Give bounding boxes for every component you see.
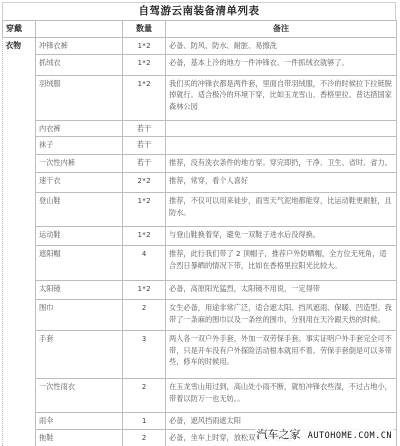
item-quantity: 2 [123,300,166,331]
item-note: 推荐，不仅可以用来徒步，雨雪天气泥地都能穿，比运动鞋更耐脏，且防水。 [166,193,397,227]
item-note: 我们买的冲锋衣都是两件套，里面自带羽绒服，不冷的时候拉下拉链脱掉就行。适合极冷的… [166,75,397,120]
table-row: 内衣裤 若干 [3,120,397,137]
item-note: 女生必备，用途非常广泛，适合遮太阳、挡风遮雨、保暖、凹造型。我带了一条麻的围巾以… [166,300,397,331]
item-note [166,120,397,137]
item-note: 必备，高原阳光猛烈，太阳镜不用说，一定得带 [166,281,397,300]
table-row: 一次性雨衣 2 在玉龙雪山用过到，高山处小雨不断，就怕冲锋衣些湿，不过占地小，带… [3,379,397,413]
item-note: 与登山鞋换着穿，避免一双鞋子进水后没得换。 [166,227,397,246]
table-row: 抓绒衣 1*2 必备，基本上冷的地方一件冲锋衣、一件抓绒衣就够了。 [3,54,397,75]
item-quantity: 1*2 [123,54,166,75]
table-row: 围巾 2 女生必备，用途非常广泛，适合遮太阳、挡风遮雨、保暖、凹造型。我带了一条… [3,300,397,331]
table-row: 运动鞋 1*2 与登山鞋换着穿，避免一双鞋子进水后没得换。 [3,227,397,246]
item-name: 袜子 [36,137,123,155]
item-name: 内衣裤 [36,120,123,137]
item-name: 遮阳帽 [36,246,123,281]
header-note: 备注 [166,21,397,38]
item-name: 抓绒衣 [36,54,123,75]
item-name: 速干衣 [36,173,123,193]
item-quantity: 1*2 [123,227,166,246]
item-quantity: 1*2 [123,38,166,55]
item-note: 推荐，常穿，看个人喜好 [166,173,397,193]
item-note: 必备，基本上冷的地方一件冲锋衣、一件抓绒衣就够了。 [166,54,397,75]
item-name: 羽绒服 [36,75,123,120]
item-quantity: 4 [123,246,166,281]
header-category: 穿戴 [3,21,36,38]
table-row: 衣物 冲锋衣裤 1*2 必备、防风、防水、耐脏、易擦洗 [3,38,397,55]
item-name: 雨伞 [36,413,123,430]
item-note: 必备、防风、防水、耐脏、易擦洗 [166,38,397,55]
category-cell: 衣物 [3,38,36,446]
item-name: 拖鞋 [36,430,123,446]
item-quantity: 若干 [123,137,166,155]
item-name: 围巾 [36,300,123,331]
table-row: 太阳镜 1*2 必备，高原阳光猛烈，太阳镜不用说，一定得带 [3,281,397,300]
item-quantity: 1*2 [123,75,166,120]
site-watermark: 汽车之家 AUTOHOME.COM.CN [255,426,394,442]
watermark-cn: 汽车之家 [257,428,301,441]
table-row: 手套 3 两人各一双户外手套，外加一双劳保手套。事实证明户外手套完全可不带，只是… [3,331,397,379]
item-name: 运动鞋 [36,227,123,246]
item-name: 手套 [36,331,123,379]
item-note: 推荐，没有洗衣条件的地方穿。穿完即扔，干净、卫生、省时、省力。 [166,155,397,173]
item-name: 一次性内裤 [36,155,123,173]
item-quantity: 3 [123,331,166,379]
item-quantity: 若干 [123,120,166,137]
item-quantity: 2 [123,430,166,446]
item-name: 太阳镜 [36,281,123,300]
item-quantity: 1 [123,413,166,430]
item-name: 一次性雨衣 [36,379,123,413]
item-name: 冲锋衣裤 [36,38,123,55]
table-title: 自驾游云南装备清单列表 [2,2,396,20]
equipment-table: 穿戴 数量 备注 衣物 冲锋衣裤 1*2 必备、防风、防水、耐脏、易擦洗 抓绒衣… [2,20,397,446]
header-quantity: 数量 [123,21,166,38]
table-row: 遮阳帽 4 推荐，此行我们带了 2 顶帽子，推荐户外防晒帽，全方位无死角，适合烈… [3,246,397,281]
table-row: 速干衣 2*2 推荐，常穿，看个人喜好 [3,173,397,193]
table-row: 登山鞋 1*2 推荐，不仅可以用来徒步，雨雪天气泥地都能穿，比运动鞋更耐脏，且防… [3,193,397,227]
item-quantity: 2 [123,379,166,413]
watermark-en: AUTOHOME.COM.CN [308,431,392,441]
item-quantity: 2*2 [123,173,166,193]
item-note [166,137,397,155]
item-quantity: 若干 [123,155,166,173]
item-note: 两人各一双户外手套，外加一双劳保手套。事实证明户外手套完全可不带，只是开车没有户… [166,331,397,379]
item-note: 推荐，此行我们带了 2 顶帽子，推荐户外防晒帽，全方位无死角，适合烈日暴晒的情况… [166,246,397,281]
item-note: 在玉龙雪山用过到，高山处小雨不断，就怕冲锋衣些湿，不过占地小，带着以防万一也无妨… [166,379,397,413]
table-row: 一次性内裤 若干 推荐，没有洗衣条件的地方穿。穿完即扔，干净、卫生、省时、省力。 [3,155,397,173]
document-page: 自驾游云南装备清单列表 穿戴 数量 备注 衣物 冲锋衣裤 1*2 必备、防风、防… [0,0,400,446]
table-row: 袜子 若干 [3,137,397,155]
table-row: 羽绒服 1*2 我们买的冲锋衣都是两件套，里面自带羽绒服，不冷的时候拉下拉链脱掉… [3,75,397,120]
table-header-row: 穿戴 数量 备注 [3,21,397,38]
item-name: 登山鞋 [36,193,123,227]
header-item [36,21,123,38]
item-quantity: 1*2 [123,281,166,300]
item-quantity: 1*2 [123,193,166,227]
